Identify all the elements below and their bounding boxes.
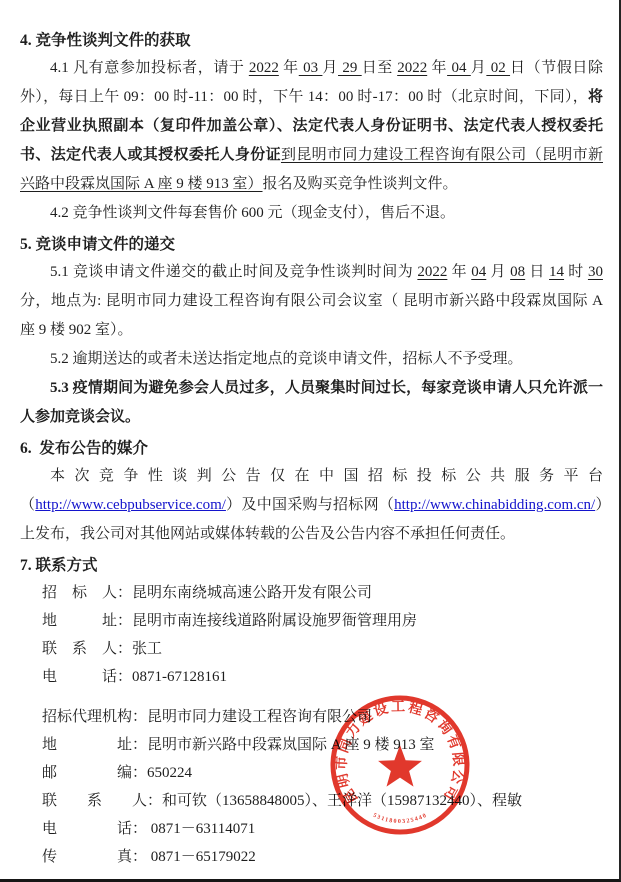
text-run: 分，地点为: 昆明市同力建设工程咨询有限公司会议室（ 昆明市新兴路中段霖岚国际 … (20, 293, 603, 338)
section-5-paragraph-1: 5.1 竞谈申请文件递交的截止时间及竞争性谈判时间为 2022 年 04 月 0… (20, 258, 603, 345)
contact-row: 电 话：0871-67128161 (42, 663, 603, 691)
text-run: 14 (549, 264, 564, 280)
text-run: 时 (564, 264, 588, 280)
contact-value: 昆明东南绕城高速公路开发有限公司 (132, 585, 372, 601)
text-run: 4.1 凡有意参加投标者，请于 (50, 60, 249, 76)
contact-row: 邮 编：650224 (42, 759, 603, 787)
text-run: 29 (338, 60, 362, 76)
contact-row: 招 标 人：昆明东南绕城高速公路开发有限公司 (42, 579, 603, 607)
contact-label: 邮 编： (42, 765, 147, 781)
section-5-paragraph-2: 5.2 逾期送达的或者未送达指定地点的竞谈申请文件，招标人不予受理。 (20, 345, 603, 374)
text-run: 年 (447, 264, 471, 280)
contact-value: 昆明市同力建设工程咨询有限公司 (147, 709, 372, 725)
text-run: 30 (588, 264, 603, 280)
contact-row: 地 址：昆明市南连接线道路附属设施罗衙管理用房 (42, 607, 603, 635)
text-run: 5.3 疫情期间为避免参会人员过多，人员聚集时间过长，每家竞谈申请人只允许派一人… (20, 380, 603, 425)
text-run: 4.2 竞争性谈判文件每套售价 600 元（现金支付），售后不退。 (50, 205, 455, 221)
text-run: 2022 (249, 60, 279, 76)
text-run: 年 (279, 60, 299, 76)
contact-label: 传 真： (42, 849, 147, 865)
section-5-heading: 5. 竞谈申请文件的递交 (20, 232, 603, 258)
contact-row: 地 址：昆明市新兴路中段霖岚国际 A 座 9 楼 913 室 (42, 731, 603, 759)
text-run: 02 (486, 60, 510, 76)
text-run: 月 (486, 264, 510, 280)
contact-value: 和可钦（13658848005）、王洋洋（15987132440）、程敏 (162, 793, 522, 809)
external-link[interactable]: http://www.chinabidding.com.cn/ (394, 497, 595, 513)
section-7-heading: 7. 联系方式 (20, 553, 603, 579)
text-run: 月 (471, 60, 487, 76)
text-run: 04 (471, 264, 486, 280)
text-run: 5.2 逾期送达的或者未送达指定地点的竞谈申请文件，招标人不予受理。 (50, 351, 523, 367)
text-run: 2022 (397, 60, 427, 76)
contact-row: 招标代理机构：昆明市同力建设工程咨询有限公司 (42, 703, 603, 731)
text-run: 日至 (362, 60, 398, 76)
contact-value: 650224 (147, 765, 192, 781)
contact-row: 传 真： 0871－65179022 (42, 843, 603, 871)
contact-value: 0871－65179022 (147, 849, 256, 865)
text-run: 04 (447, 60, 471, 76)
text-run: 2022 (417, 264, 447, 280)
contact-label: 联 系 人： (42, 793, 162, 809)
contact-label: 地 址： (42, 613, 132, 629)
contact-value: 0871-67128161 (132, 669, 227, 685)
contact-value: 张工 (132, 641, 162, 657)
contact-value: 0871－63114071 (147, 821, 255, 837)
text-run: 08 (510, 264, 525, 280)
contact-label: 招标代理机构： (42, 709, 147, 725)
agency-contact-block: 招标代理机构：昆明市同力建设工程咨询有限公司地 址：昆明市新兴路中段霖岚国际 A… (42, 703, 603, 871)
contact-row: 联 系 人：张工 (42, 635, 603, 663)
tenderer-contact-block: 招 标 人：昆明东南绕城高速公路开发有限公司地 址：昆明市南连接线道路附属设施罗… (42, 579, 603, 691)
text-run: 年 (427, 60, 447, 76)
contact-row: 电 话： 0871－63114071 (42, 815, 603, 843)
section-4-paragraph-1: 4.1 凡有意参加投标者，请于 2022 年 03 月 29 日至 2022 年… (20, 54, 603, 199)
section-6-heading: 6. 发布公告的媒介 (20, 436, 603, 462)
section-5-paragraph-3: 5.3 疫情期间为避免参会人员过多，人员聚集时间过长，每家竞谈申请人只允许派一人… (20, 374, 603, 432)
section-4-heading: 4. 竞争性谈判文件的获取 (20, 28, 603, 54)
contact-value: 昆明市新兴路中段霖岚国际 A 座 9 楼 913 室 (147, 737, 435, 753)
text-run: 5.1 竞谈申请文件递交的截止时间及竞争性谈判时间为 (50, 264, 417, 280)
text-run: 报名及购买竞争性谈判文件。 (263, 176, 458, 192)
contact-label: 电 话： (42, 669, 132, 685)
document-page: 4. 竞争性谈判文件的获取 4.1 凡有意参加投标者，请于 2022 年 03 … (0, 0, 621, 882)
contact-label: 电 话： (42, 821, 147, 837)
contact-row: 联 系 人：和可钦（13658848005）、王洋洋（15987132440）、… (42, 787, 603, 815)
contact-label: 地 址： (42, 737, 147, 753)
text-run: 03 (299, 60, 323, 76)
contact-value: 昆明市南连接线道路附属设施罗衙管理用房 (132, 613, 417, 629)
contact-label: 联 系 人： (42, 641, 132, 657)
external-link[interactable]: http://www.cebpubservice.com/ (35, 497, 226, 513)
section-6-paragraph-1: 本次竞争性谈判公告仅在中国招标投标公共服务平台（http://www.cebpu… (20, 462, 603, 549)
text-run: 日 (525, 264, 549, 280)
contact-label: 招 标 人： (42, 585, 132, 601)
text-run: ）及中国采购与招标网（ (226, 497, 394, 513)
section-4-paragraph-2: 4.2 竞争性谈判文件每套售价 600 元（现金支付），售后不退。 (20, 199, 603, 228)
text-run: 月 (322, 60, 338, 76)
